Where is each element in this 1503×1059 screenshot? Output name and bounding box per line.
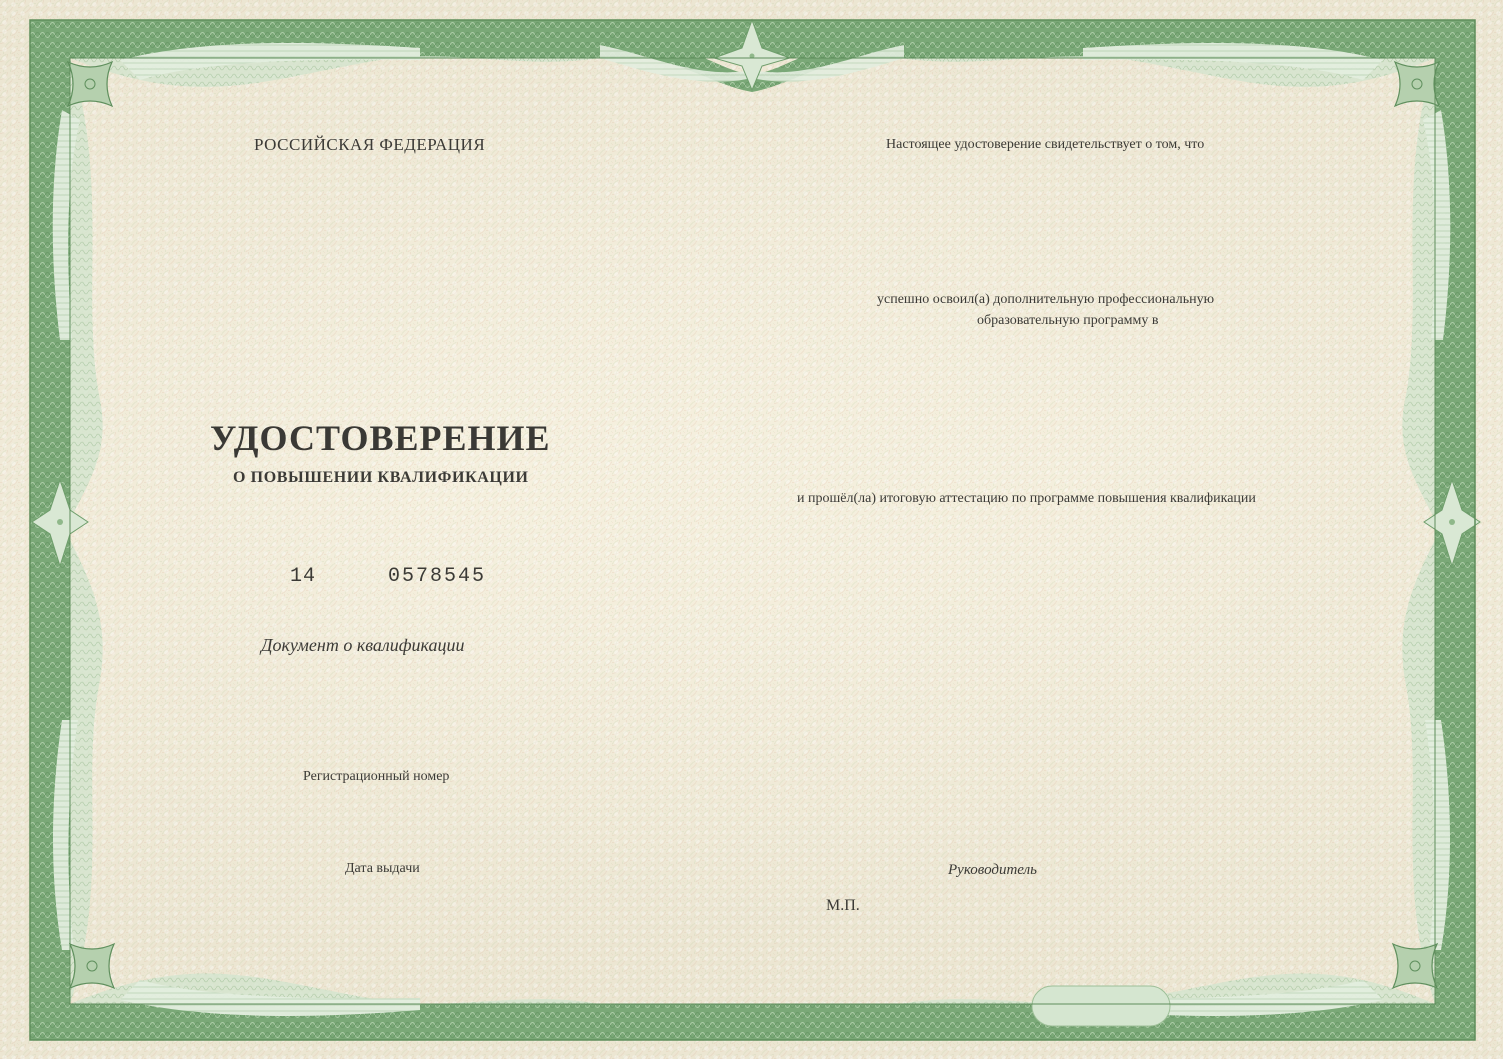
registration-number-label: Регистрационный номер	[303, 769, 449, 785]
rosette-star-icon	[1395, 62, 1439, 106]
program-statement-line-1: успешно освоил(а) дополнительную професс…	[877, 292, 1214, 308]
document-series: 14	[290, 565, 316, 588]
issue-date-label: Дата выдачи	[345, 861, 420, 877]
country-name: РОССИЙСКАЯ ФЕДЕРАЦИЯ	[254, 135, 485, 155]
program-statement-line-2: образовательную программу в	[977, 313, 1159, 329]
rosette-star-icon	[70, 944, 114, 988]
document-subtitle: О ПОВЫШЕНИИ КВАЛИФИКАЦИИ	[233, 469, 529, 487]
rosette-star-icon	[1393, 944, 1437, 988]
guilloche-border	[0, 0, 1503, 1059]
document-type-label: Документ о квалификации	[261, 635, 465, 656]
certifies-statement: Настоящее удостоверение свидетельствует …	[886, 137, 1204, 153]
head-signature-label: Руководитель	[948, 862, 1037, 879]
document-title: УДОСТОВЕРЕНИЕ	[210, 417, 551, 459]
blank-cartouche	[1032, 986, 1170, 1026]
document-number: 0578545	[388, 565, 486, 588]
rosette-star-icon	[68, 62, 112, 106]
attestation-statement: и прошёл(ла) итоговую аттестацию по прог…	[797, 491, 1256, 507]
stamp-place-label: М.П.	[826, 897, 860, 915]
